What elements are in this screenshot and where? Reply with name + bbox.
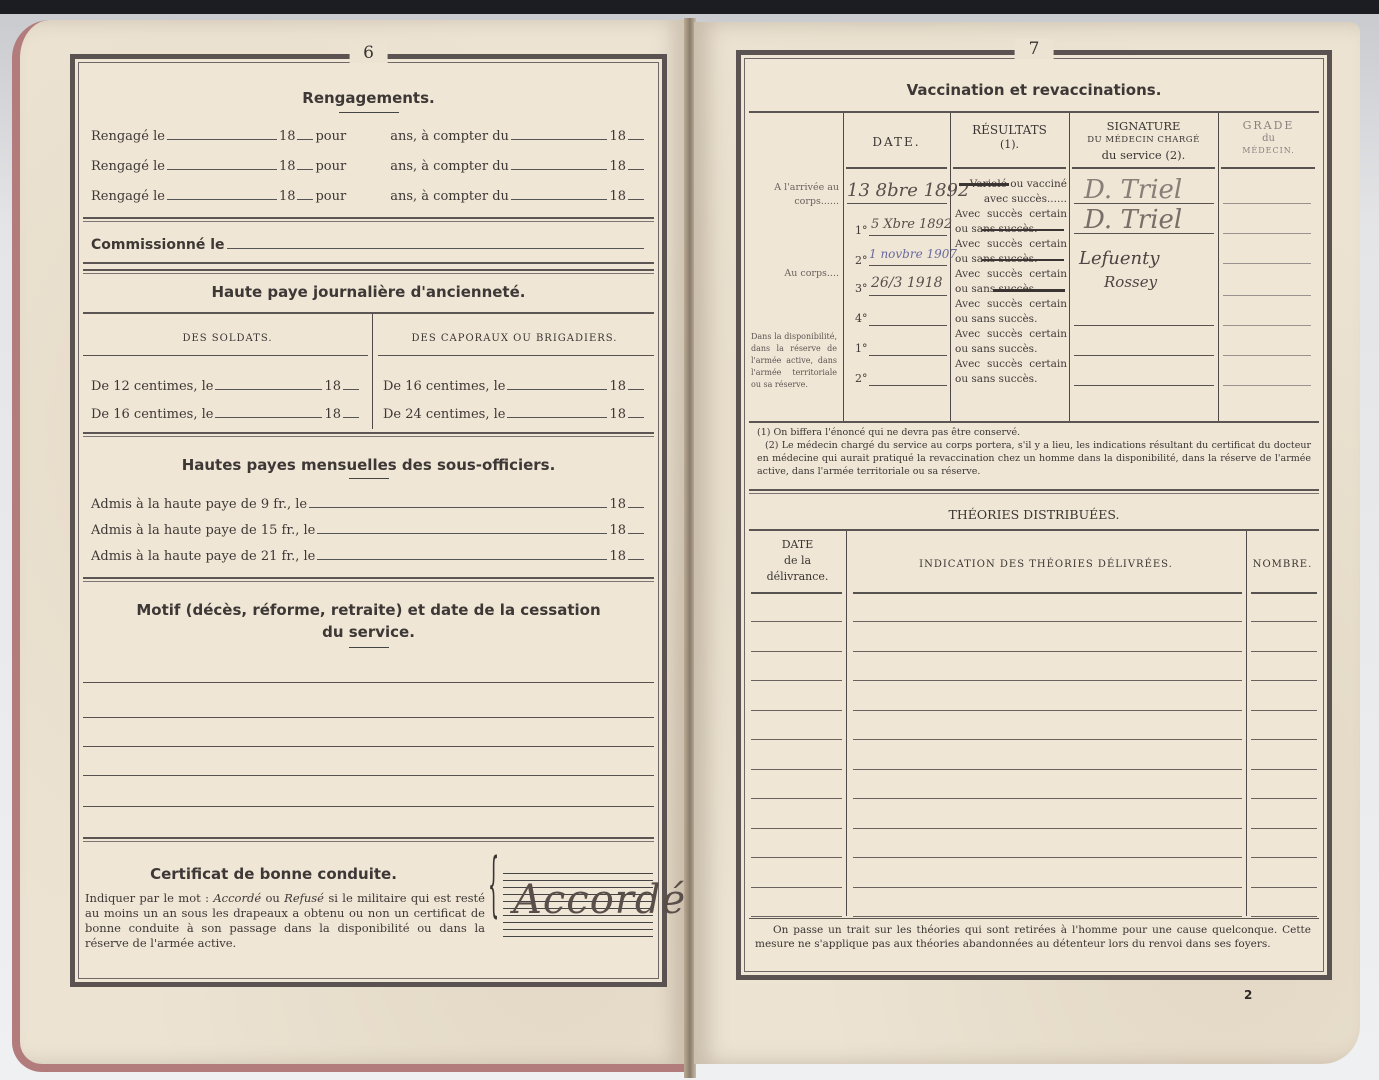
theory-blank-line[interactable]	[751, 710, 842, 711]
doctor-signature: D. Triel	[1084, 175, 1182, 205]
theory-blank-line[interactable]	[751, 828, 842, 829]
soldats-row: De 16 centimes, le 18	[91, 407, 361, 422]
column-divider	[1246, 531, 1247, 916]
hautes-payes-mensuelles-title: Hautes payes mensuelles des sous-officie…	[83, 456, 654, 474]
date-field[interactable]	[167, 160, 277, 170]
signature-line	[1074, 233, 1214, 234]
date-field[interactable]	[309, 498, 607, 508]
rengagement-row: Rengagé le 18 pour ans, à compter du 18	[91, 129, 646, 144]
result-cell: Avec succès certain ou sans succès.	[955, 297, 1067, 327]
year-field[interactable]	[343, 380, 359, 390]
footnote-2: (2) Le médecin chargé du service au corp…	[757, 439, 1311, 478]
section-divider	[749, 529, 1319, 531]
header-rule	[1251, 592, 1317, 594]
signature-header-sub: DU MÉDECIN CHARGÉ	[1069, 135, 1218, 145]
header-rule	[1072, 167, 1215, 169]
theory-blank-line[interactable]	[1251, 887, 1317, 888]
signature-header-service: du service (2).	[1069, 148, 1218, 162]
row-group-au-corps: Au corps....	[753, 268, 839, 279]
result-cell: Avec succès certain ou sans succès.	[955, 267, 1067, 297]
header-rule	[1221, 167, 1315, 169]
page-7-frame: 7 Vaccination et revaccinations. DATE. R…	[736, 50, 1332, 980]
year-field[interactable]	[628, 498, 644, 508]
haute-paye-journaliere-title: Haute paye journalière d'ancienneté.	[83, 283, 654, 301]
date-field[interactable]	[167, 190, 277, 200]
date-delivrance-header: DATE de la délivrance.	[749, 537, 846, 585]
ordinal: 4°	[855, 311, 868, 326]
indication-header: INDICATION DES THÉORIES DÉLIVRÉES.	[846, 559, 1246, 570]
year-field[interactable]	[628, 550, 644, 560]
page-7-content: Vaccination et revaccinations. DATE. RÉS…	[749, 63, 1319, 967]
signature-line[interactable]	[1074, 325, 1214, 326]
rengagements-title: Rengagements.	[83, 89, 654, 107]
theory-blank-line[interactable]	[751, 739, 842, 740]
curly-brace: {	[488, 849, 499, 919]
theory-blank-line[interactable]	[751, 769, 842, 770]
date-header: DATE.	[843, 135, 950, 149]
date-line[interactable]	[869, 265, 947, 266]
strike-mark	[993, 289, 1065, 292]
section-divider	[83, 217, 654, 222]
years-field[interactable]	[348, 190, 388, 200]
date-field[interactable]	[215, 380, 322, 390]
haute-paye-row: Admis à la haute paye de 21 fr., le 18	[91, 549, 646, 564]
theory-blank-line[interactable]	[853, 887, 1242, 888]
theory-blank-line[interactable]	[1251, 651, 1317, 652]
end-year-field[interactable]	[628, 160, 644, 170]
nombre-header: NOMBRE.	[1246, 559, 1319, 570]
column-divider	[843, 113, 844, 421]
date-line[interactable]	[869, 355, 947, 356]
ordinal: 3°	[855, 281, 868, 296]
ordinal: 2°	[855, 371, 868, 386]
theory-blank-line[interactable]	[1251, 710, 1317, 711]
page-number: 7	[1015, 39, 1054, 59]
date-field[interactable]	[167, 130, 277, 140]
doctor-signature: Lefuenty	[1079, 248, 1160, 269]
theories-title: THÉORIES DISTRIBUÉES.	[749, 507, 1319, 522]
theory-blank-line[interactable]	[853, 710, 1242, 711]
signature-line[interactable]	[1074, 385, 1214, 386]
section-divider	[749, 111, 1319, 113]
doctor-signature: Rossey	[1104, 273, 1157, 291]
theory-blank-line[interactable]	[751, 798, 842, 799]
page-number: 6	[349, 43, 388, 63]
resultats-note: (1).	[950, 138, 1069, 151]
title-rule	[339, 112, 399, 113]
motif-blank-line[interactable]	[83, 682, 654, 683]
section-divider	[83, 432, 654, 437]
row-group-disponibilite: Dans la disponibilité, dans la réserve d…	[751, 331, 837, 391]
signature-line[interactable]	[1074, 355, 1214, 356]
haute-paye-row: Admis à la haute paye de 9 fr., le 18	[91, 497, 646, 512]
end-year-field[interactable]	[628, 190, 644, 200]
ordinal: 1°	[855, 223, 868, 238]
grade-header-medecin: MÉDECIN.	[1218, 146, 1319, 155]
theory-blank-line[interactable]	[751, 621, 842, 622]
vaccination-date: 13 8bre 1892	[847, 180, 969, 201]
column-divider	[950, 113, 951, 421]
grade-header: GRADE	[1218, 119, 1319, 132]
footnote-1: (1) On biffera l'énoncé qui ne devra pas…	[757, 426, 1311, 439]
theory-blank-line[interactable]	[1251, 916, 1317, 917]
title-rule	[349, 647, 389, 648]
theory-blank-line[interactable]	[751, 916, 842, 917]
year-field[interactable]	[343, 408, 359, 418]
date-line[interactable]	[869, 295, 947, 296]
theory-blank-line[interactable]	[853, 916, 1242, 917]
header-rule	[378, 355, 654, 356]
grade-line[interactable]	[1223, 203, 1311, 204]
vaccination-date: 26/3 1918	[871, 275, 943, 291]
year-field[interactable]	[297, 190, 313, 200]
section-divider	[749, 489, 1319, 494]
result-cell: Avec succès certain ou sans succès.	[955, 357, 1067, 387]
theory-blank-line[interactable]	[853, 651, 1242, 652]
year-field[interactable]	[297, 160, 313, 170]
section-divider	[749, 918, 1319, 919]
section-divider	[83, 577, 654, 582]
theories-note: On passe un trait sur les théories qui s…	[755, 923, 1311, 951]
page-6-content: Rengagements. Rengagé le 18 pour ans, à …	[83, 67, 654, 974]
grade-line[interactable]	[1223, 263, 1311, 264]
rengagement-row: Rengagé le 18 pour ans, à compter du 18	[91, 189, 646, 204]
commissionne-row: Commissionné le	[91, 237, 646, 253]
header-rule	[953, 167, 1066, 169]
theory-blank-line[interactable]	[751, 651, 842, 652]
theory-blank-line[interactable]	[853, 769, 1242, 770]
grade-line[interactable]	[1223, 295, 1311, 296]
row-group-arrivee: A l'arrivée au corps......	[753, 181, 839, 209]
date-line[interactable]	[869, 385, 947, 386]
theory-blank-line[interactable]	[1251, 828, 1317, 829]
motif-blank-line[interactable]	[83, 806, 654, 807]
date-field[interactable]	[507, 380, 607, 390]
section-divider	[83, 262, 654, 264]
date-field[interactable]	[507, 408, 607, 418]
resultats-header: RÉSULTATS	[950, 123, 1069, 137]
theory-blank-line[interactable]	[1251, 769, 1317, 770]
year-field[interactable]	[297, 130, 313, 140]
theory-blank-line[interactable]	[853, 621, 1242, 622]
strike-mark	[982, 229, 1064, 231]
header-rule	[853, 592, 1242, 594]
theory-blank-line[interactable]	[1251, 621, 1317, 622]
year-field[interactable]	[628, 524, 644, 534]
strike-mark	[959, 183, 1009, 186]
theory-blank-line[interactable]	[1251, 798, 1317, 799]
date-field[interactable]	[215, 408, 322, 418]
motif-title-line2: du service.	[83, 623, 654, 641]
theory-blank-line[interactable]	[1251, 739, 1317, 740]
theory-blank-line[interactable]	[751, 680, 842, 681]
vaccination-date: 5 Xbre 1892	[871, 217, 952, 232]
theory-blank-line[interactable]	[1251, 857, 1317, 858]
result-cell: Variolé ou vacciné avec succès......	[955, 177, 1067, 207]
header-rule	[83, 355, 368, 356]
ordinal: 1°	[855, 341, 868, 356]
theory-blank-line[interactable]	[853, 857, 1242, 858]
theory-blank-line[interactable]	[751, 857, 842, 858]
theory-blank-line[interactable]	[853, 680, 1242, 681]
title-rule	[349, 478, 389, 479]
theory-blank-line[interactable]	[853, 798, 1242, 799]
end-year-field[interactable]	[628, 130, 644, 140]
section-divider	[749, 421, 1319, 423]
certificat-instructions: Indiquer par le mot : Accordé ou Refusé …	[85, 891, 485, 951]
theory-blank-line[interactable]	[853, 828, 1242, 829]
motif-blank-line[interactable]	[83, 746, 654, 747]
section-divider	[83, 837, 654, 842]
grade-line[interactable]	[1223, 325, 1311, 326]
motif-blank-line[interactable]	[83, 717, 654, 718]
year-field[interactable]	[628, 408, 644, 418]
date-field[interactable]	[317, 550, 607, 560]
result-cell: Avec succès certain ou sans succès.	[955, 207, 1067, 237]
section-divider	[83, 312, 654, 314]
years-field[interactable]	[348, 130, 388, 140]
header-rule	[846, 167, 947, 169]
caporaux-header: DES CAPORAUX OU BRIGADIERS.	[375, 333, 654, 344]
result-cell: Avec succès certain ou sans succès.	[955, 237, 1067, 267]
years-field[interactable]	[348, 160, 388, 170]
grade-line[interactable]	[1223, 385, 1311, 386]
theory-blank-line[interactable]	[751, 887, 842, 888]
caporaux-row: De 16 centimes, le 18	[383, 379, 646, 394]
date-line[interactable]	[869, 235, 947, 236]
date-field[interactable]	[317, 524, 607, 534]
theory-blank-line[interactable]	[1251, 680, 1317, 681]
rengagement-row: Rengagé le 18 pour ans, à compter du 18	[91, 159, 646, 174]
grade-line[interactable]	[1223, 233, 1311, 234]
signature-line	[1074, 203, 1214, 204]
grade-header-du: du	[1218, 133, 1319, 144]
date-line	[847, 203, 947, 204]
start-date-field[interactable]	[511, 160, 608, 170]
start-date-field[interactable]	[511, 190, 608, 200]
date-line[interactable]	[869, 325, 947, 326]
signature-mark: 2	[1244, 988, 1252, 1002]
section-divider	[83, 269, 654, 274]
signature-header: SIGNATURE	[1069, 119, 1218, 133]
vaccination-date: 1 novbre 1907	[869, 247, 957, 261]
motif-title-line1: Motif (décès, réforme, retraite) et date…	[83, 601, 654, 619]
column-divider	[846, 531, 847, 916]
motif-blank-line[interactable]	[83, 775, 654, 776]
year-field[interactable]	[628, 380, 644, 390]
header-rule	[751, 592, 842, 594]
handwritten-accorde: Accordé	[513, 877, 686, 923]
haute-paye-row: Admis à la haute paye de 15 fr., le 18	[91, 523, 646, 538]
strike-mark	[982, 259, 1064, 261]
ordinal: 2°	[855, 253, 868, 268]
certificat-title: Certificat de bonne conduite.	[83, 865, 464, 883]
doctor-signature: D. Triel	[1084, 205, 1182, 235]
theory-blank-line[interactable]	[853, 739, 1242, 740]
commissionne-date-field[interactable]	[227, 239, 644, 249]
column-divider	[1218, 113, 1219, 421]
caporaux-row: De 24 centimes, le 18	[383, 407, 646, 422]
result-cell: Avec succès certain ou sans succès.	[955, 327, 1067, 357]
start-date-field[interactable]	[511, 130, 608, 140]
page-6-frame: 6 Rengagements. Rengagé le 18 pour ans, …	[70, 54, 667, 987]
column-divider	[372, 314, 373, 429]
soldats-header: DES SOLDATS.	[83, 333, 372, 344]
soldats-row: De 12 centimes, le 18	[91, 379, 361, 394]
grade-line[interactable]	[1223, 355, 1311, 356]
vaccination-title: Vaccination et revaccinations.	[749, 81, 1319, 99]
